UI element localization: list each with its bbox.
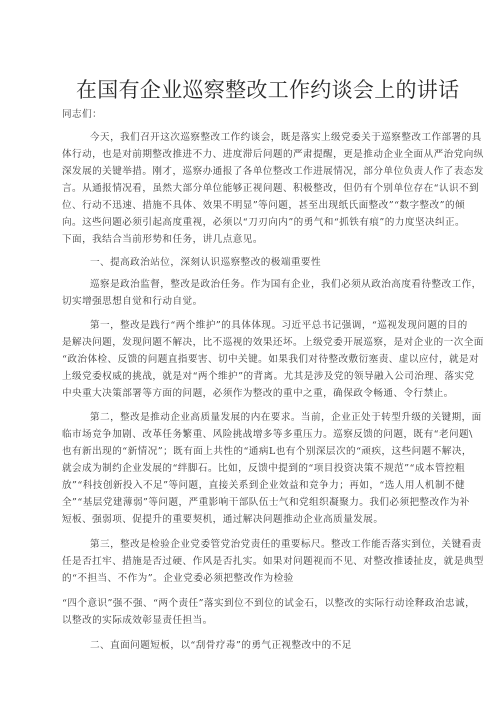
paragraph-line: 下面，我结合当前形势和任务，讲几点意见。 [62, 234, 442, 246]
paragraph-line: 上级党委权威的挑战，就是对“两个维护”的背离。尤其是涉及党的领导融入公司治理、落… [62, 371, 442, 383]
paragraph-line: 放”“科技创新投入不足”等问题，直接关系到企业效益和竞争力；再如，“选人用人机制… [62, 480, 442, 492]
paragraph-line: 就会成为制约企业发展的“绊脚石。比如，反馈中提到的“项目投资决策不规范”“成本管… [62, 463, 442, 475]
paragraph-line: 是解决问题，发现问题不解决，比不巡视的效果还坏。上级党委开展巡察，是对企业的一次… [62, 337, 442, 349]
paragraph-line: 短板、强弱项、促提升的重要契机，通过解决问题推动企业高质量发展。 [62, 514, 442, 526]
paragraph-line: 临市场竞争加剧、改革任务繁重、风险挑战增多等多重压力。巡察反馈的问题，既有“老问… [62, 429, 442, 441]
paragraph-line: 全”“基层党建薄弱”等问题，严重影响干部队伍士气和党组织凝聚力。我们必须把整改作… [62, 497, 442, 509]
paragraph-line: 向。这些问题必须引起高度重视，必须以“刀刃向内”的勇气和“抓铁有痕”的力度坚决纠… [62, 217, 442, 229]
paragraph-line: 切实增强思想自觉和行动自觉。 [62, 296, 442, 308]
paragraph-line: 中央重大决策部署等方面的问题，必须作为整改的重中之重，确保政令畅通、令行禁止。 [62, 388, 442, 400]
paragraph-line: 以整改的实际成效彰显责任担当。 [62, 615, 442, 627]
paragraph-line: 也有新出现的“新情况”；既有面上共性的“通病L也有个别深层次的“顽疾，这些问题不… [62, 446, 442, 458]
paragraph-line: “政治体检、反馈的问题直指要害、切中关键。如果我们对待整改敷衍塞责、虚以应付，就… [62, 354, 442, 366]
paragraph-line: “四个意识”强不强、“两个责任”落实到位不到位的试金石，以整改的实际行动诠释政治… [62, 598, 442, 610]
salutation: 同志们： [62, 109, 442, 121]
paragraph-line: 的“不担当、不作为”。企业党委必须把整改作为检验 [62, 573, 442, 585]
paragraph-line: 第二，整改是推动企业高质量发展的内在要求。当前，企业正处于转型升级的关键期，面 [90, 412, 442, 424]
paragraph-line: 二、直面问题短板，以“刮骨疗毒”的勇气正视整改中的不足 [90, 640, 442, 652]
paragraph-line: 巡察是政治监督，整改是政治任务。作为国有企业，我们必须从政治高度看待整改工作， [90, 279, 442, 291]
paragraph-line: 今天，我们召开这次巡察整改工作约谈会，既是落实上级党委关于巡察整改工作部署的具 [90, 132, 442, 144]
paragraph-line: 深发展的关键举措。刚才，巡察办通报了各单位整改工作进展情况，部分单位负责人作了表… [62, 166, 442, 178]
paragraph-line: 一、提高政治站位，深刻认识巡察整改的极端重要性 [90, 257, 442, 269]
paragraph-line: 体行动，也是对前期整改推进不力、进度滞后问题的严肃提醒，更是推动企业全面从严治党… [62, 149, 442, 161]
paragraph-line: 位、行动不迅速、措施不具体、效果不明显”等问题，甚至出现纸氏面整改”“数字整改”… [62, 200, 442, 212]
document-title: 在国有企业巡察整改工作约谈会上的讲话 [76, 74, 459, 104]
paragraph-line: 言。从通报情况看，虽然大部分单位能够正视问题、积极整改，但仍有个别单位存在“认识… [62, 183, 442, 195]
paragraph-line: 任是否扛牢、措施是否过硬、作风是否扎实。如果对问题视而不见、对整改推诿扯皮，就是… [62, 556, 442, 568]
paragraph-line: 第一，整改是践行“两个维护”的具体体现。习近平总书记强调，“巡视发现问题的目的 [90, 320, 442, 332]
document-page: 在国有企业巡察整改工作约谈会上的讲话 同志们： 今天，我们召开这次巡察整改工作约… [0, 0, 500, 707]
paragraph-line: 第三，整改是检验企业党委管党治党责任的重要标尺。整改工作能否落实到位，关键看责 [90, 539, 442, 551]
